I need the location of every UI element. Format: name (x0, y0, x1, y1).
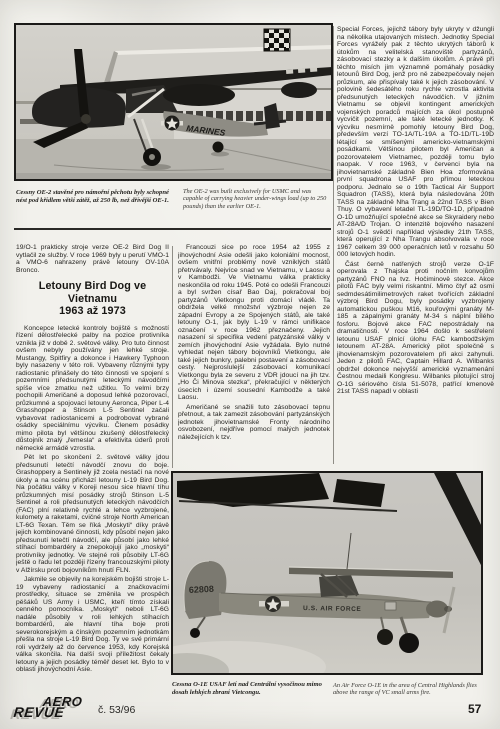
magazine-page: MARINES Cessny OE-2 (0, 0, 500, 729)
underwing-tank (281, 82, 317, 98)
photo-o1e-inflight: 62808 U.S. AIR (171, 471, 483, 675)
article-title-line2: 1963 až 1973 (16, 305, 169, 318)
tail-number-marking: 62808 (189, 584, 215, 595)
checkered-tower-icon (264, 29, 290, 51)
paragraph-intro: 19/O-1 prakticky stroje verze OE-2 Bird … (16, 244, 169, 274)
photo-oe2-parked: MARINES (14, 23, 333, 181)
top-photo-caption-czech: Cessny OE-2 stavěné pro námořní pěchotu … (16, 189, 178, 205)
column-rule-left (172, 246, 173, 468)
article-column-1: 19/O-1 prakticky stroje verze OE-2 Bird … (16, 244, 169, 696)
top-photo-caption-english: The OE-2 was built exclusively for USMC … (183, 188, 331, 210)
usaf-marking: U.S. AIR FORCE (303, 605, 362, 613)
article-title: Letouny Bird Dog ve Vietnamu 1963 až 197… (16, 280, 169, 318)
o1e-photo-illustration: 62808 U.S. AIR (171, 471, 483, 675)
article-column-2: Francouzi sice po roce 1954 až 1955 z ji… (178, 244, 330, 468)
paragraph: Pět let po skončení 2. světové války jdo… (16, 454, 169, 574)
column-rule-right (333, 26, 334, 464)
paragraph: Američané se snažili tuto zásobovací tep… (178, 404, 330, 442)
paragraph: Koncepce letecké kontroly bojiště s možn… (16, 325, 169, 453)
page-number: 57 (468, 702, 481, 716)
article-title-line1: Letouny Bird Dog ve Vietnamu (16, 280, 169, 305)
issue-number: č. 53/96 (98, 704, 135, 716)
paragraph: Část černě natřených strojů verze O-1F o… (337, 261, 494, 396)
section-divider-rule (14, 228, 331, 230)
logo-text-revue: REVUE (13, 704, 65, 720)
paragraph: Francouzi sice po roce 1954 až 1955 z ji… (178, 244, 330, 402)
concrete-ramp (14, 139, 333, 181)
paragraph: Jakmile se objevily na korejském bojišti… (16, 576, 169, 674)
article-column-3: Special Forces, jejichž tábory byly ukry… (337, 26, 494, 466)
paragraph: Special Forces, jejichž tábory byly ukry… (337, 26, 494, 259)
underwing-tank (163, 84, 235, 106)
bottom-photo-caption-czech: Cessna O-1E USAF letí nad Centrální vyso… (172, 681, 324, 697)
bottom-photo-caption-english: An Air Force O-1E in the area of Central… (333, 682, 483, 697)
oe2-photo-illustration: MARINES (14, 23, 333, 181)
